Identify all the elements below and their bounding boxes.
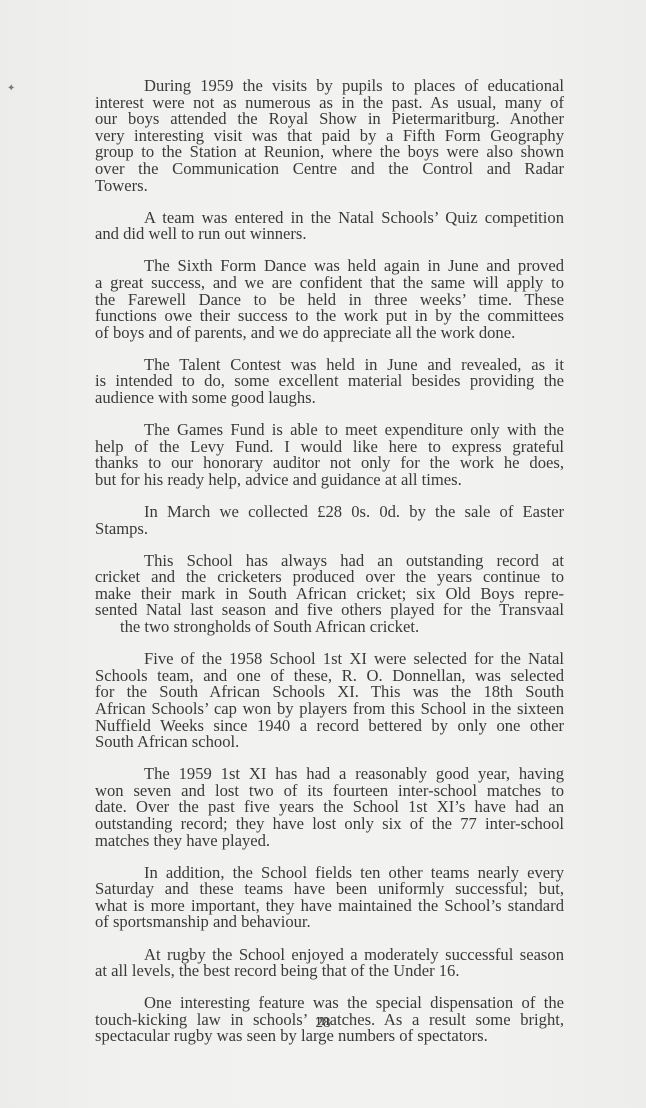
paragraph: The Talent Contest was held in June and … xyxy=(95,357,564,407)
text-line: of boys and of parents, and we do apprec… xyxy=(95,325,564,342)
text-line: South African school. xyxy=(95,734,564,751)
text-line: and did well to run out winners. xyxy=(95,226,564,243)
paragraph: In addition, the School fields ten other… xyxy=(95,865,564,931)
text-line: Stamps. xyxy=(95,521,564,538)
text-line: but for his ready help, advice and guida… xyxy=(95,472,564,489)
paragraph: In March we collected £28 0s. 0d. by the… xyxy=(95,504,564,537)
paragraph: During 1959 the visits by pupils to plac… xyxy=(95,78,564,194)
scan-speck-mark: ✦ xyxy=(7,86,13,92)
text-line: at all levels, the best record being tha… xyxy=(95,963,564,980)
body-text: During 1959 the visits by pupils to plac… xyxy=(95,78,564,1061)
text-line: the two strongholds of South African cri… xyxy=(95,619,564,636)
paragraph: At rugby the School enjoyed a moderately… xyxy=(95,947,564,980)
paragraph: The Sixth Form Dance was held again in J… xyxy=(95,258,564,341)
text-line: matches they have played. xyxy=(95,833,564,850)
page-number: 28 xyxy=(0,1015,646,1032)
text-line: over the Communication Centre and the Co… xyxy=(95,161,564,178)
paragraph: A team was entered in the Natal Schools’… xyxy=(95,210,564,243)
paragraph: Five of the 1958 School 1st XI were sele… xyxy=(95,651,564,751)
text-line: In March we collected £28 0s. 0d. by the… xyxy=(95,504,564,521)
text-line: of sportsmanship and behaviour. xyxy=(95,914,564,931)
text-line: Towers. xyxy=(95,178,564,195)
scanned-page: ✦ During 1959 the visits by pupils to pl… xyxy=(0,0,646,1108)
paragraph: The Games Fund is able to meet expenditu… xyxy=(95,422,564,488)
paragraph: The 1959 1st XI has had a reasonably goo… xyxy=(95,766,564,849)
text-line: audience with some good laughs. xyxy=(95,390,564,407)
paragraph: This School has always had an outstandin… xyxy=(95,553,564,636)
text-line: African Schools’ cap won by players from… xyxy=(95,701,564,718)
